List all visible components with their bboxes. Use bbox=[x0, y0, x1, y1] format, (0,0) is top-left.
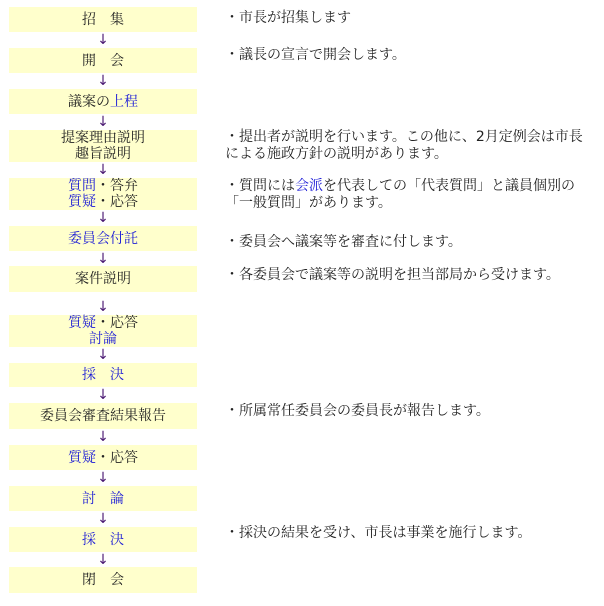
arrow-down-icon: ↓ bbox=[96, 114, 110, 130]
step-shoshu: 招 集 bbox=[9, 7, 197, 32]
desc-iinkai-hokoku: ・所属常任委員会の委員長が報告します。 bbox=[225, 403, 595, 420]
step-label: 質疑・応答 bbox=[68, 450, 138, 466]
arrow-down-icon: ↓ bbox=[96, 210, 110, 226]
step-teian-setsumei: 提案理由説明 趣旨説明 bbox=[9, 130, 197, 162]
link-shitsugi[interactable]: 質疑 bbox=[68, 315, 96, 331]
step-heikai: 閉 会 bbox=[9, 567, 197, 593]
step-label: 招 集 bbox=[82, 12, 124, 28]
step-text: ・応答 bbox=[96, 450, 138, 466]
link-shitsumon[interactable]: 質問 bbox=[68, 178, 96, 194]
step-text: ・応答 bbox=[96, 315, 138, 331]
link-saiketsu[interactable]: 採 決 bbox=[82, 532, 124, 548]
arrow-down-icon: ↓ bbox=[96, 162, 110, 178]
step-label-line1: 提案理由説明 bbox=[61, 130, 145, 146]
step-label: 閉 会 bbox=[82, 572, 124, 588]
arrow-down-icon: ↓ bbox=[96, 32, 110, 48]
arrow-down-icon: ↓ bbox=[96, 251, 110, 267]
step-iinkai-hokoku: 委員会審査結果報告 bbox=[9, 403, 197, 429]
arrow-down-icon: ↓ bbox=[96, 73, 110, 89]
step-saiketsu-committee: 採 決 bbox=[9, 363, 197, 387]
arrow-down-icon: ↓ bbox=[96, 552, 110, 568]
step-gian-jotei: 議案の上程 bbox=[9, 89, 197, 114]
arrow-down-icon: ↓ bbox=[96, 387, 110, 403]
link-iinkai-futaku[interactable]: 委員会付託 bbox=[68, 231, 138, 247]
step-label: 案件説明 bbox=[75, 271, 131, 287]
step-iinkai-futaku: 委員会付託 bbox=[9, 226, 197, 251]
link-saiketsu[interactable]: 採 決 bbox=[82, 367, 124, 383]
step-label: 委員会審査結果報告 bbox=[40, 408, 166, 424]
step-saiketsu-plenary: 採 決 bbox=[9, 527, 197, 552]
step-shitsumon-tobenn: 質問・答弁 質疑・応答 bbox=[9, 178, 197, 210]
arrow-down-icon: ↓ bbox=[96, 511, 110, 527]
step-label-line1: 質疑・応答 bbox=[68, 315, 138, 331]
arrow-down-icon: ↓ bbox=[96, 429, 110, 445]
desc-shoshu: ・市長が招集します bbox=[225, 10, 595, 27]
desc-teian-setsumei: ・提出者が説明を行います。この他に、2月定例会は市長による施政方針の説明がありま… bbox=[225, 129, 595, 163]
step-text: ・応答 bbox=[96, 194, 138, 210]
desc-saiketsu: ・採決の結果を受け、市長は事業を施行します。 bbox=[225, 525, 595, 542]
link-shitsugi[interactable]: 質疑 bbox=[68, 450, 96, 466]
procedure-flowchart: 招 集 ↓ 開 会 ↓ 議案の上程 ↓ 提案理由説明 趣旨説明 ↓ 質問・答弁 … bbox=[0, 0, 210, 606]
desc-shitsumon: ・質問には会派を代表しての「代表質問」と議員個別の「一般質問」があります。 bbox=[225, 178, 595, 212]
link-toron[interactable]: 討論 bbox=[89, 331, 117, 347]
step-kaikai: 開 会 bbox=[9, 48, 197, 73]
link-shitsugi[interactable]: 質疑 bbox=[68, 194, 96, 210]
step-label-line2: 質疑・応答 bbox=[68, 194, 138, 210]
step-shitsugi-plenary: 質疑・応答 bbox=[9, 445, 197, 470]
step-anken-setsumei: 案件説明 bbox=[9, 266, 197, 292]
step-label: 議案の上程 bbox=[68, 94, 138, 110]
link-jotei[interactable]: 上程 bbox=[110, 94, 138, 110]
desc-kaikai: ・議長の宣言で開会します。 bbox=[225, 47, 595, 64]
step-text: 議案の bbox=[68, 94, 110, 110]
link-kaiha[interactable]: 会派 bbox=[295, 178, 323, 194]
step-toron: 討 論 bbox=[9, 486, 197, 511]
step-shitsugi-toron: 質疑・応答 討論 bbox=[9, 315, 197, 347]
step-text: ・答弁 bbox=[96, 178, 138, 194]
desc-text: ・質問には bbox=[225, 178, 295, 194]
step-label-line1: 質問・答弁 bbox=[68, 178, 138, 194]
arrow-down-icon: ↓ bbox=[96, 347, 110, 363]
desc-iinkai-futaku: ・委員会へ議案等を審査に付します。 bbox=[225, 234, 595, 251]
desc-anken-setsumei: ・各委員会で議案等の説明を担当部局から受けます。 bbox=[225, 267, 595, 284]
link-toron[interactable]: 討 論 bbox=[82, 491, 124, 507]
arrow-down-icon: ↓ bbox=[96, 470, 110, 486]
step-label: 開 会 bbox=[82, 53, 124, 69]
arrow-down-icon: ↓ bbox=[96, 299, 110, 315]
step-label-line2: 趣旨説明 bbox=[75, 146, 131, 162]
